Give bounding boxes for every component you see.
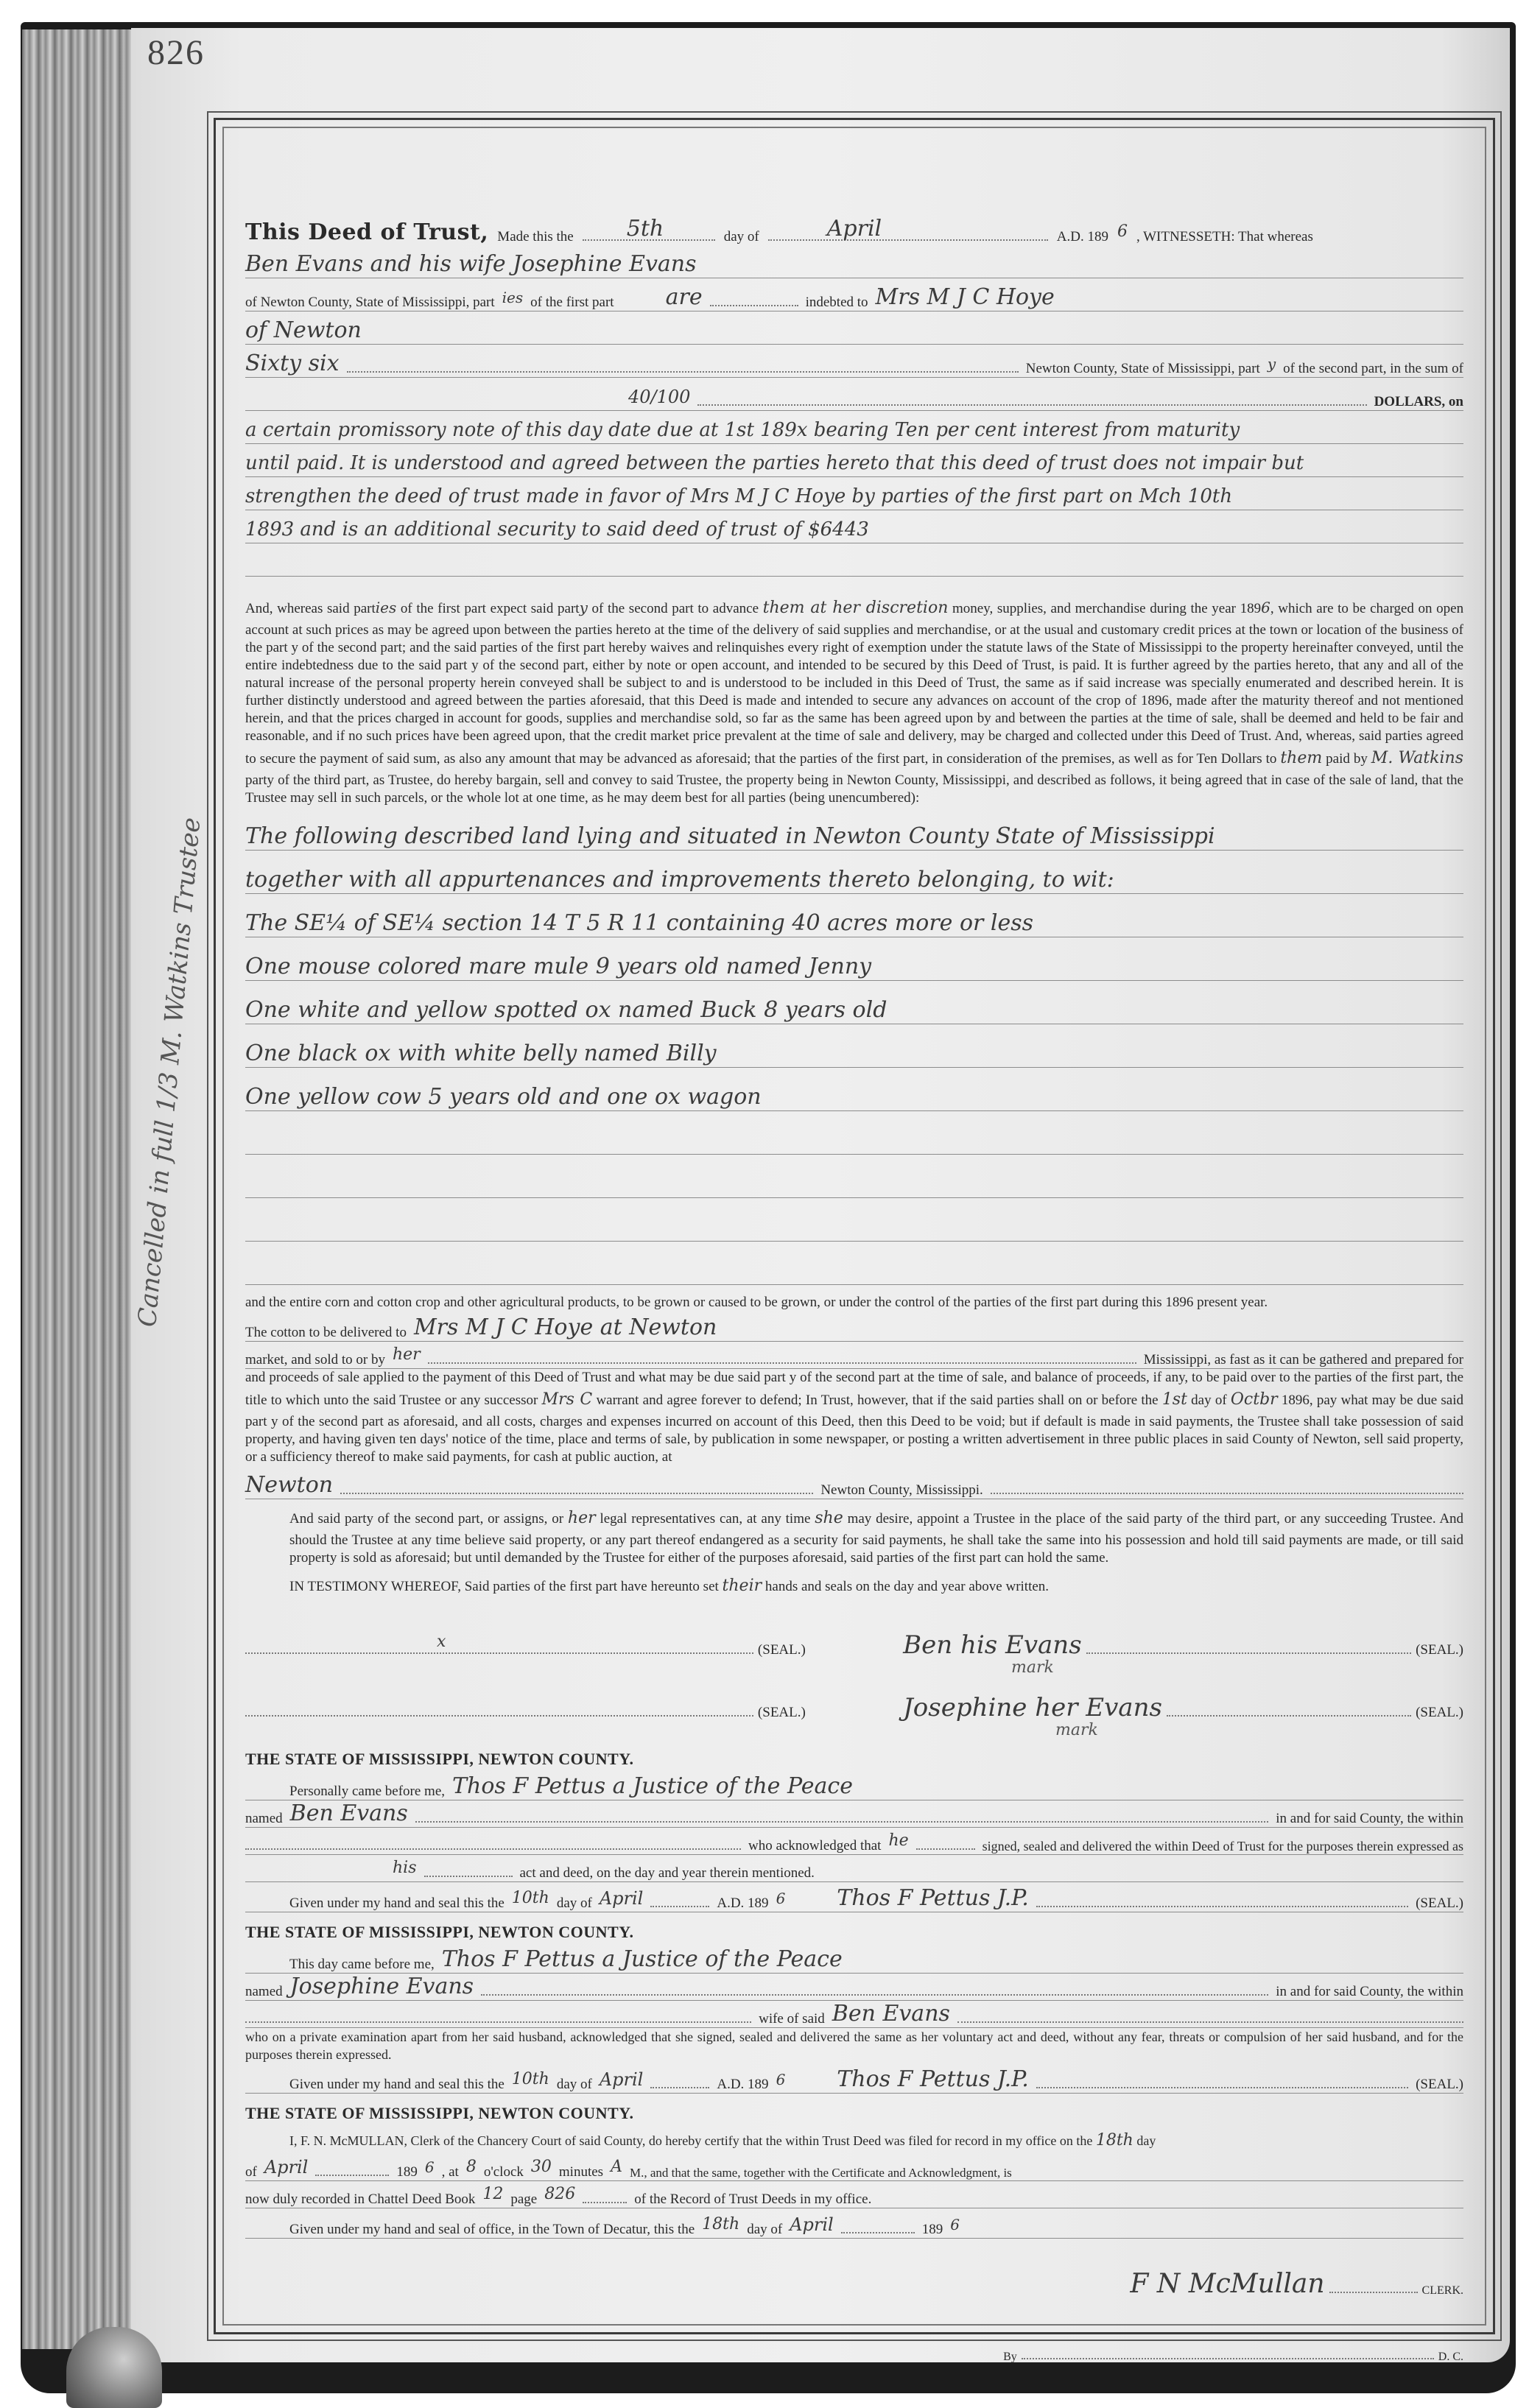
property-line: One black ox with white belly named Bill… [245, 1024, 1463, 1068]
grantor-signature-josephine: Josephine her Evans [903, 1694, 1162, 1721]
property-description: The following described land lying and s… [245, 807, 1463, 1285]
sum-cents: 40/100 [628, 384, 690, 410]
signature-block: x (SEAL.) Ben his Evans (SEAL.) mark (SE… [245, 1599, 1463, 1739]
creditor-name: Mrs M J C Hoye [876, 284, 1055, 311]
grantor-names: Ben Evans and his wife Josephine Evans [245, 251, 697, 278]
record-book: 12 [482, 2181, 503, 2208]
thumb-holding-page [66, 2327, 162, 2408]
clerk-certificate: THE STATE OF MISSISSIPPI, NEWTON COUNTY.… [245, 2104, 1463, 2364]
grantor-line: Ben Evans and his wife Josephine Evans [245, 245, 1463, 278]
deed-title: This Deed of Trust, [245, 219, 488, 245]
page-edges [22, 29, 133, 2349]
deed-header: This Deed of Trust, Made this the 5th da… [245, 208, 1463, 245]
property-line: One mouse colored mare mule 9 years old … [245, 937, 1463, 981]
creditor-line: of Newton County, State of Mississippi, … [245, 278, 1463, 311]
sum-words: Sixty six [245, 351, 340, 377]
crop-clause: and the entire corn and cotton crop and … [245, 1294, 1463, 1499]
property-line: together with all appurtenances and impr… [245, 851, 1463, 894]
property-line: The following described land lying and s… [245, 807, 1463, 851]
advance-clause: And, whereas said parties of the first p… [245, 594, 1463, 807]
record-page: 826 [544, 2181, 575, 2208]
acknowledgment-josephine: THE STATE OF MISSISSIPPI, NEWTON COUNTY.… [245, 1923, 1463, 2094]
deed-of-trust-form: This Deed of Trust, Made this the 5th da… [214, 118, 1495, 2334]
deed-month: April [827, 216, 882, 242]
deed-year: 6 [1117, 219, 1128, 245]
property-line: The SE¼ of SE¼ section 14 T 5 R 11 conta… [245, 894, 1463, 937]
auction-place: Newton [245, 1472, 333, 1499]
clerk-signature: F N McMullan [1130, 2271, 1324, 2298]
succession-clause: And said party of the second part, or as… [245, 1505, 1463, 1599]
due-day: 1st [1162, 1390, 1187, 1409]
trustee-name: M. Watkins [1371, 749, 1463, 767]
due-month: Octbr [1231, 1390, 1278, 1409]
acknowledgment-ben: THE STATE OF MISSISSIPPI, NEWTON COUNTY.… [245, 1750, 1463, 1912]
cotton-recipient: Mrs M J C Hoye at Newton [414, 1314, 717, 1341]
property-line: One yellow cow 5 years old and one ox wa… [245, 1068, 1463, 1111]
grantor-signature-ben: Ben his Evans [903, 1632, 1081, 1658]
justice-signature: Thos F Pettus J.P. [837, 1885, 1029, 1912]
justice-name: Thos F Pettus a Justice of the Peace [452, 1773, 853, 1800]
page-number: 826 [147, 32, 205, 73]
property-line: One white and yellow spotted ox named Bu… [245, 981, 1463, 1024]
deed-day: 5th [627, 216, 664, 242]
